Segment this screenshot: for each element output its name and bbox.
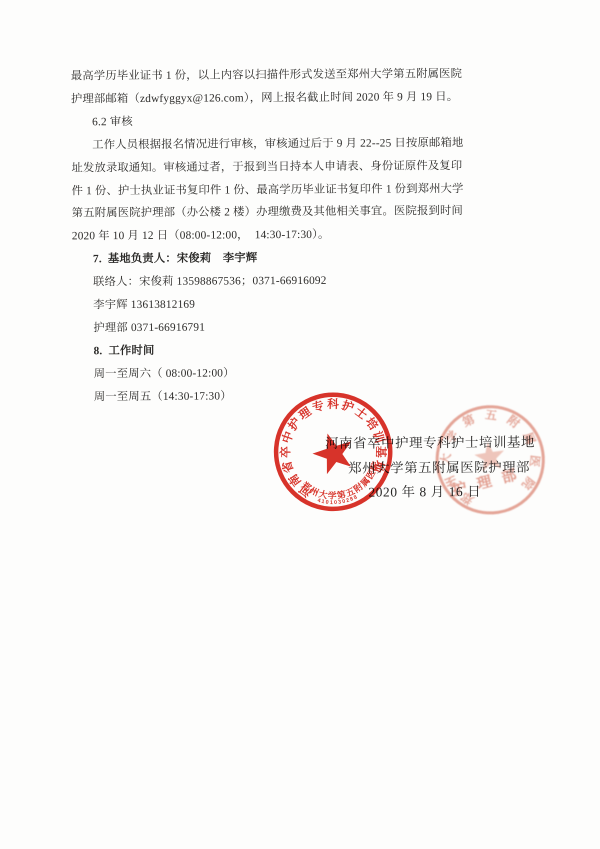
contact-line: 李宇辉 13613812169 xyxy=(72,292,462,317)
doc-line: 址发放录取通知。审核通过者，于报到当日持本人申请表、身份证原件及复印 xyxy=(71,155,461,180)
section-heading-8: 8. 工作时间 xyxy=(72,338,462,363)
doc-line: 工作人员根据报名情况进行审核，审核通过后于 9 月 22--25 日按原邮箱地 xyxy=(71,132,461,157)
scanned-document-page: 最高学历毕业证书 1 份，以上内容以扫描件形式发送至郑州大学第五附属医院 护理部… xyxy=(0,0,600,849)
contact-line: 联络人：宋俊莉 13598867536；0371-66916092 xyxy=(72,269,462,294)
doc-line: 2020 年 10 月 12 日（08:00-12:00， 14:30-17:3… xyxy=(72,223,462,248)
section-heading-7: 7. 基地负责人：宋俊莉 李宇辉 xyxy=(72,246,462,271)
official-seal-nursing-dept: 郑州大学第五附属医院 护理部 xyxy=(423,393,557,527)
star-icon xyxy=(473,440,507,473)
star-icon xyxy=(308,427,358,476)
contact-line: 护理部 0371-66916791 xyxy=(72,315,462,340)
doc-line: 件 1 份、护士执业证书复印件 1 份、最高学历毕业证书复印件 1 份到郑州大学 xyxy=(72,178,462,203)
document-body: 最高学历毕业证书 1 份，以上内容以扫描件形式发送至郑州大学第五附属医院 护理部… xyxy=(71,63,463,409)
section-heading-6-2: 6.2 审核 xyxy=(71,109,461,134)
work-hours-line: 周一至周六（ 08:00-12:00） xyxy=(73,361,463,386)
doc-line: 护理部邮箱（zdwfyggyx@126.com），网上报名截止时间 2020 年… xyxy=(71,86,461,111)
doc-line: 第五附属医院护理部（办公楼 2 楼）办理缴费及其他相关事宜。医院报到时间 xyxy=(72,200,462,225)
scan-tilt-wrapper: 最高学历毕业证书 1 份，以上内容以扫描件形式发送至郑州大学第五附属医院 护理部… xyxy=(0,0,600,849)
doc-line: 最高学历毕业证书 1 份，以上内容以扫描件形式发送至郑州大学第五附属医院 xyxy=(71,63,461,88)
